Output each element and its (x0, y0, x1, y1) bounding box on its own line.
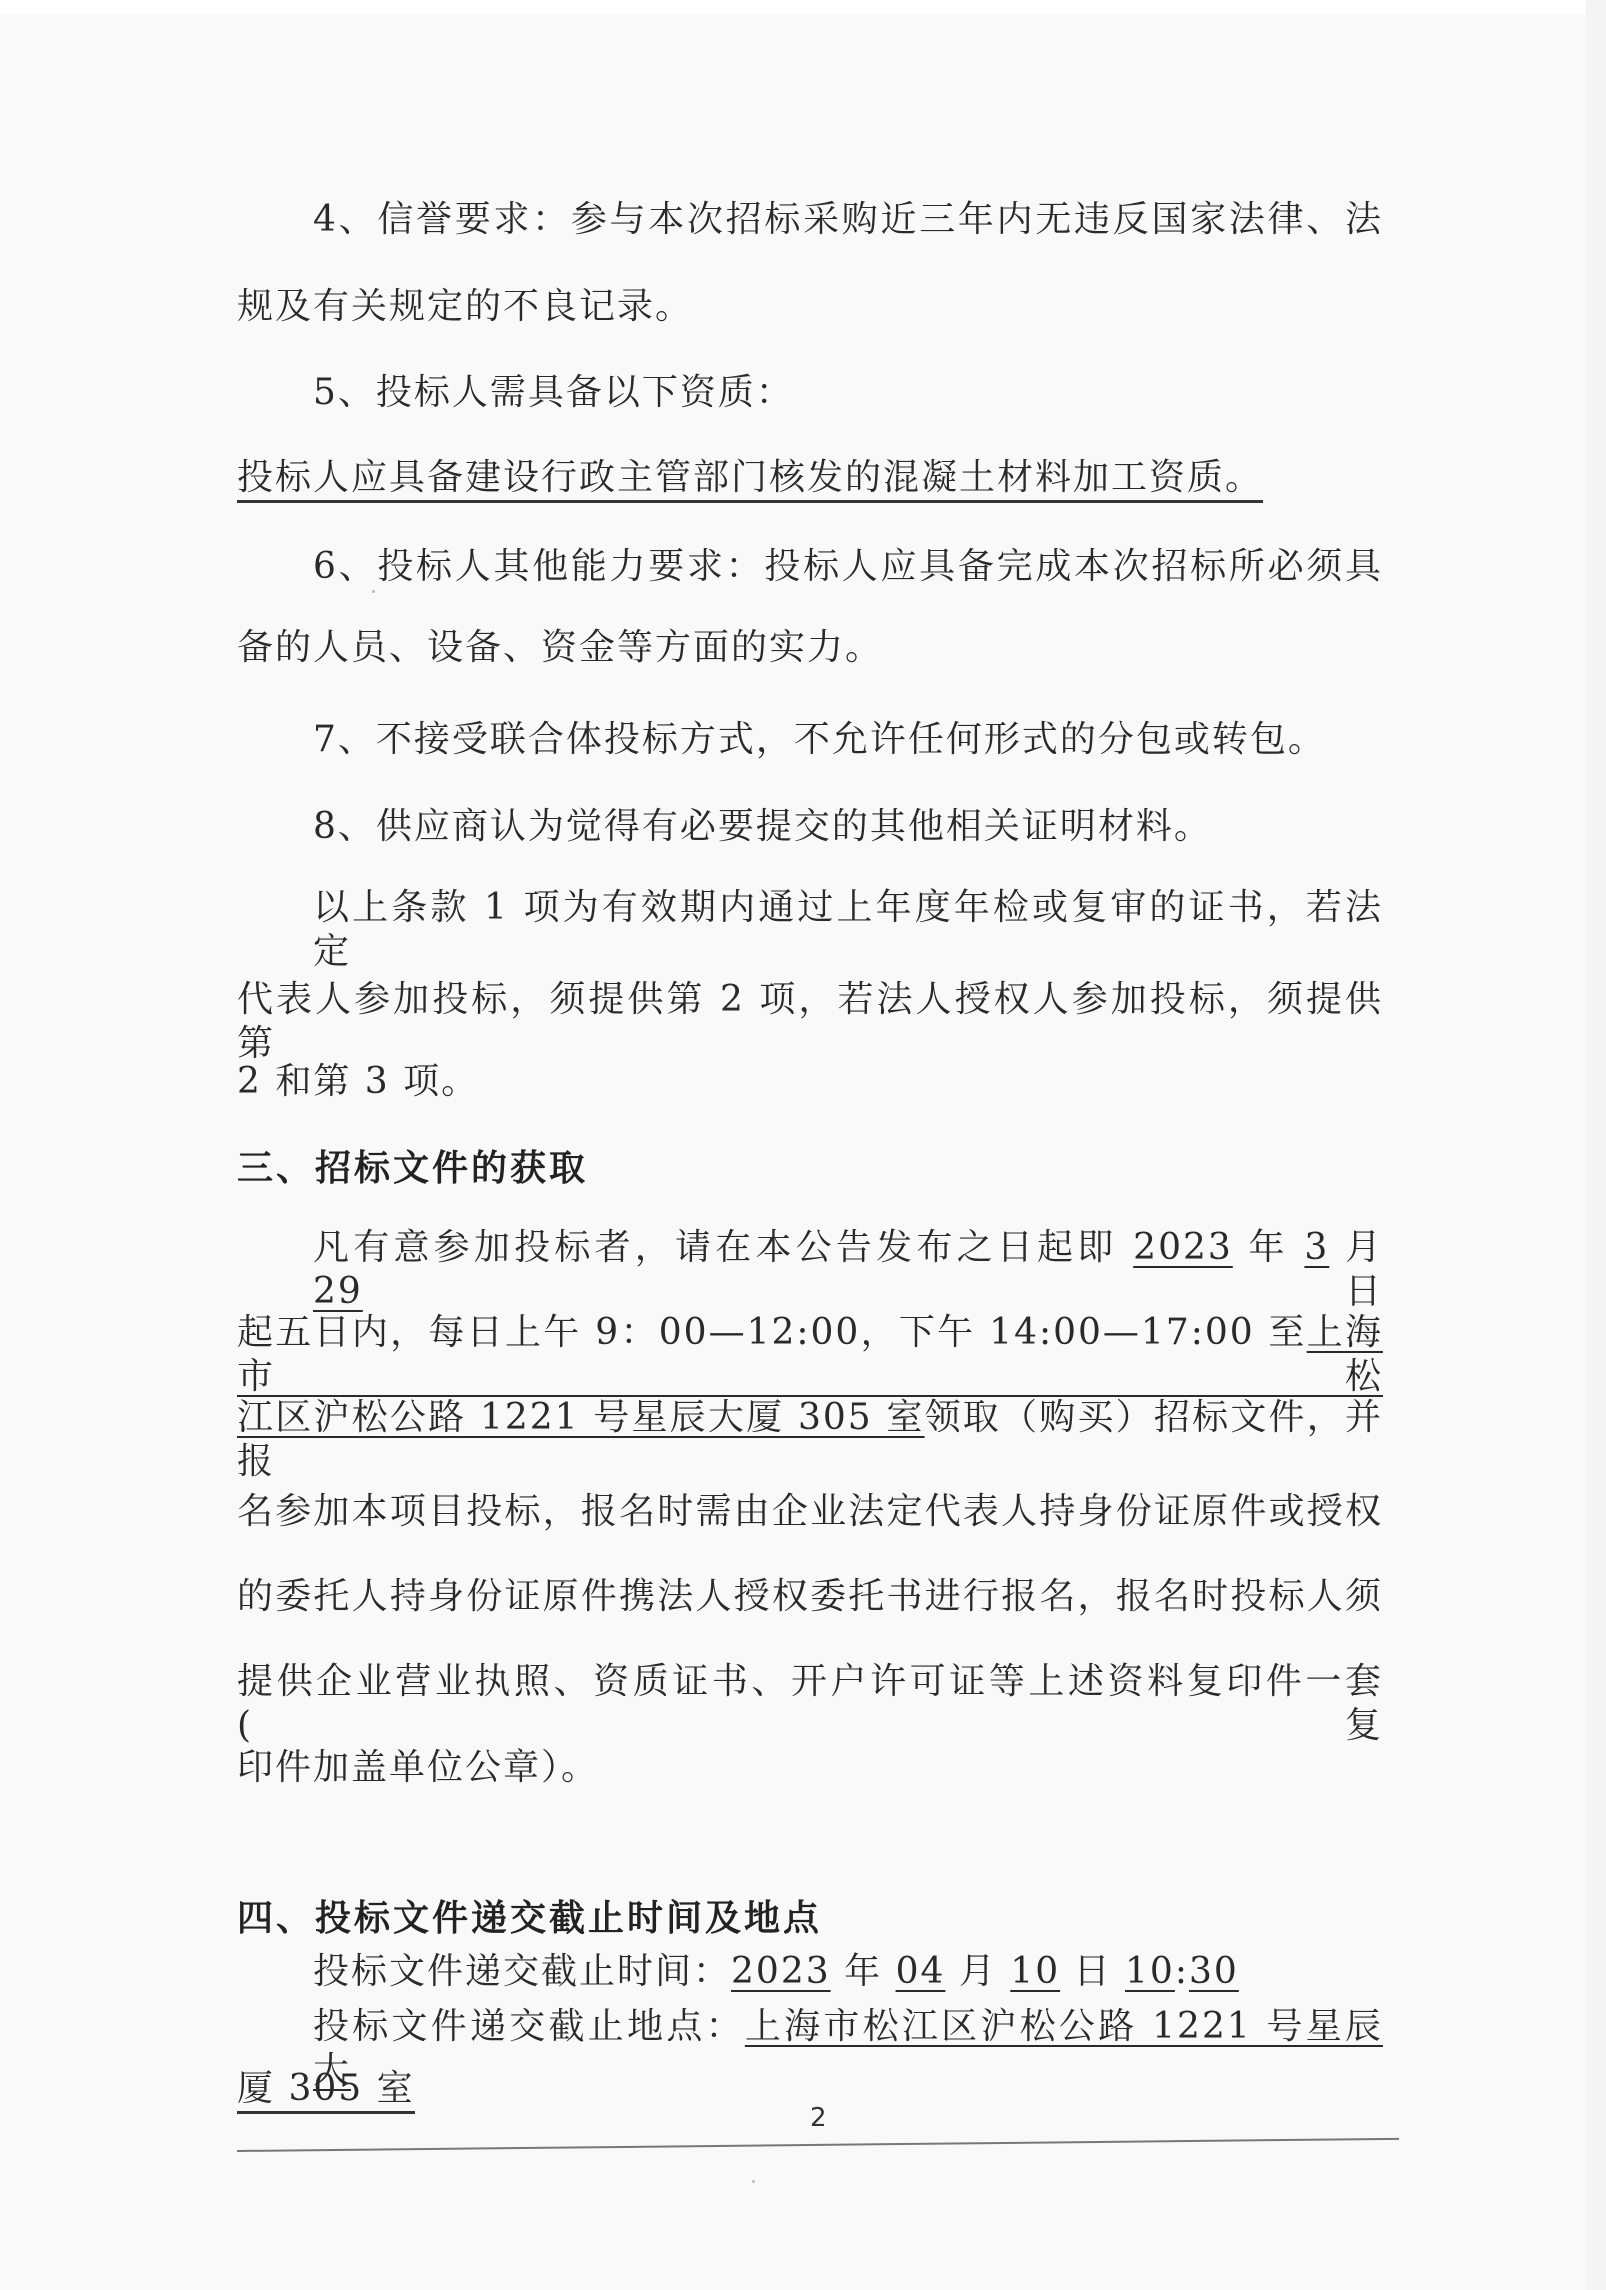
item-4-line-2: 规及有关规定的不良记录。 (237, 285, 1383, 329)
item-5-qualification-text: 投标人应具备建设行政主管部门核发的混凝土材料加工资质。 (237, 457, 1263, 503)
deadline-month: 04 (896, 1951, 946, 1992)
deadline-time-line: 投标文件递交截止时间：2023 年 04 月 10 日 10:30 (313, 1950, 1383, 1994)
deadline-year: 2023 (731, 1951, 831, 1992)
section-three-line-3: 江区沪松公路 1221 号星辰大厦 305 室领取（购买）招标文件，并报 (237, 1396, 1383, 1440)
note-line-1: 以上条款 1 项为有效期内通过上年度年检或复审的证书，若法定 (313, 886, 1383, 930)
month-unit: 月 (1345, 1227, 1383, 1268)
deadline-minute: 30 (1189, 1951, 1239, 1992)
note-line-2: 代表人参加投标，须提供第 2 项，若法人授权人参加投标，须提供第 (237, 978, 1383, 1022)
line-1-prefix: 凡有意参加投标者，请在本公告发布之日起即 (313, 1227, 1118, 1268)
item-4-line-1: 4、信誉要求：参与本次招标采购近三年内无违反国家法律、法 (313, 198, 1383, 242)
item-8: 8、供应商认为觉得有必要提交的其他相关证明材料。 (313, 805, 1383, 849)
deadline-hour: 10 (1125, 1951, 1175, 1992)
start-month: 3 (1304, 1227, 1329, 1268)
year-unit: 年 (1248, 1227, 1288, 1268)
item-6-line-1: 6、投标人其他能力要求：投标人应具备完成本次招标所必须具 (313, 545, 1383, 589)
deadline-year-unit: 年 (844, 1951, 882, 1992)
item-5-qualification: 投标人应具备建设行政主管部门核发的混凝土材料加工资质。 (237, 456, 1383, 500)
item-6-line-2: 备的人员、设备、资金等方面的实力。 (237, 626, 1383, 670)
scan-speck (752, 2180, 755, 2183)
deadline-day-unit: 日 (1074, 1951, 1112, 1992)
scan-top-edge (0, 0, 1606, 14)
section-three-line-2: 起五日内，每日上午 9：00—12:00，下午 14:00—17:00 至上海市… (237, 1311, 1383, 1355)
scan-right-edge (1586, 0, 1606, 2290)
deadline-location-label: 投标文件递交截止地点： (313, 2006, 745, 2047)
start-day: 29 (313, 1271, 363, 1312)
deadline-month-unit: 月 (959, 1951, 997, 1992)
scan-speck (372, 590, 375, 593)
section-three-line-7: 印件加盖单位公章）。 (237, 1746, 1383, 1790)
section-three-line-4: 名参加本项目投标，报名时需由企业法定代表人持身份证原件或授权 (237, 1490, 1383, 1534)
start-year: 2023 (1133, 1227, 1233, 1268)
item-5-line-1: 5、投标人需具备以下资质： (313, 371, 1383, 415)
day-unit: 日 (1345, 1271, 1383, 1312)
section-four-heading: 四、投标文件递交截止时间及地点 (237, 1896, 1383, 1940)
section-three-line-6: 提供企业营业执照、资质证书、开户许可证等上述资料复印件一套(复 (237, 1660, 1383, 1704)
section-three-heading: 三、招标文件的获取 (237, 1146, 1383, 1190)
address-part-2: 江区沪松公路 1221 号星辰大厦 305 室 (237, 1397, 925, 1438)
item-7: 7、不接受联合体投标方式，不允许任何形式的分包或转包。 (313, 718, 1383, 762)
deadline-location-part-2: 厦 305 室 (237, 2068, 415, 2114)
section-three-line-5: 的委托人持身份证原件携法人授权委托书进行报名，报名时投标人须 (237, 1575, 1383, 1619)
note-line-3: 2 和第 3 项。 (237, 1060, 1383, 1104)
deadline-location-line: 投标文件递交截止地点：上海市松江区沪松公路 1221 号星辰大 (313, 2005, 1383, 2049)
page-number: 2 (810, 2103, 827, 2133)
section-three-line-1: 凡有意参加投标者，请在本公告发布之日起即 2023 年 3 月 29 日 (313, 1226, 1383, 1270)
deadline-day: 10 (1010, 1951, 1060, 1992)
deadline-time-label: 投标文件递交截止时间： (313, 1951, 731, 1992)
line-2-prefix: 起五日内，每日上午 9：00—12:00，下午 14:00—17:00 至 (237, 1312, 1307, 1353)
deadline-separator: : (1175, 1951, 1189, 1992)
footer-rule (237, 2138, 1399, 2152)
